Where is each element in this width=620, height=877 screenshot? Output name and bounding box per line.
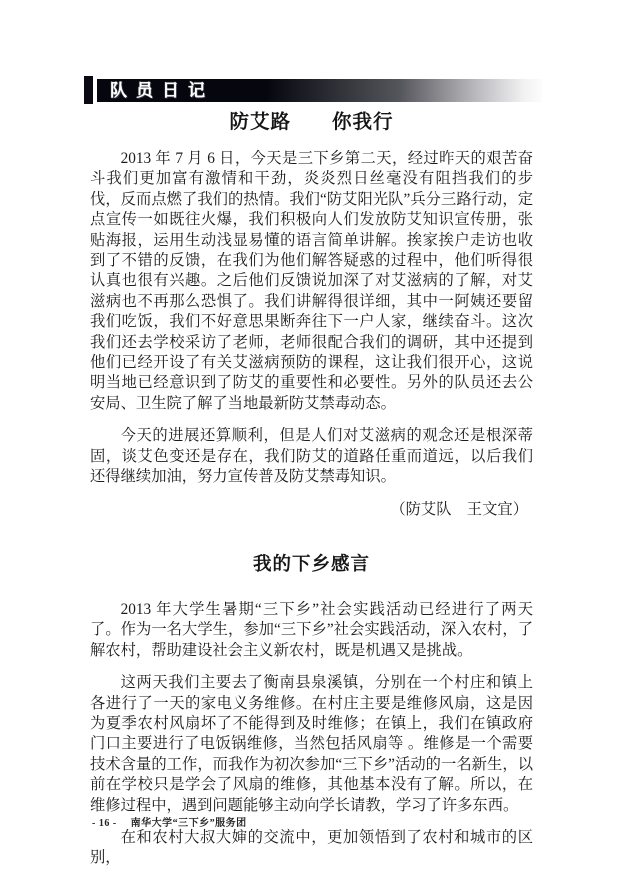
article2-paragraph-3: 在和农村大叔大婶的交流中，更加领悟到了农村和城市的区别， — [90, 828, 533, 869]
banner-left-stripe — [84, 76, 93, 104]
article2-title: 我的下乡感言 — [90, 552, 533, 576]
footer-label: 南华大学“三下乡”服务团 — [131, 814, 247, 829]
article1-paragraph-2: 今天的进展还算顺利，但是人们对艾滋病的观念还是根深蒂固，谈艾色变还是存在，我们防… — [90, 426, 533, 487]
section-banner: 队员日记 — [84, 76, 542, 104]
article1-title: 防艾路 你我行 — [90, 108, 533, 136]
article1-paragraph-1: 2013 年 7 月 6 日，今天是三下乡第二天，经过昨天的艰苦奋斗我们更加富有… — [90, 149, 533, 414]
article1-signature: （防艾队 王文宜） — [90, 500, 528, 520]
banner-gradient-bar: 队员日记 — [97, 79, 542, 102]
article2-paragraph-2: 这两天我们主要去了衡南县泉溪镇，分别在一个村庄和镇上各进行了一天的家电义务维修。… — [90, 673, 533, 816]
page-footer: - 16 - 南华大学“三下乡”服务团 — [92, 814, 247, 829]
article2-paragraph-1: 2013 年大学生暑期“三下乡”社会实践活动已经进行了两天了。作为一名大学生，参… — [90, 600, 533, 661]
page-content: 防艾路 你我行 2013 年 7 月 6 日，今天是三下乡第二天，经过昨天的艰苦… — [90, 108, 533, 877]
page-number: - 16 - — [92, 818, 117, 829]
banner-title: 队员日记 — [97, 82, 214, 99]
